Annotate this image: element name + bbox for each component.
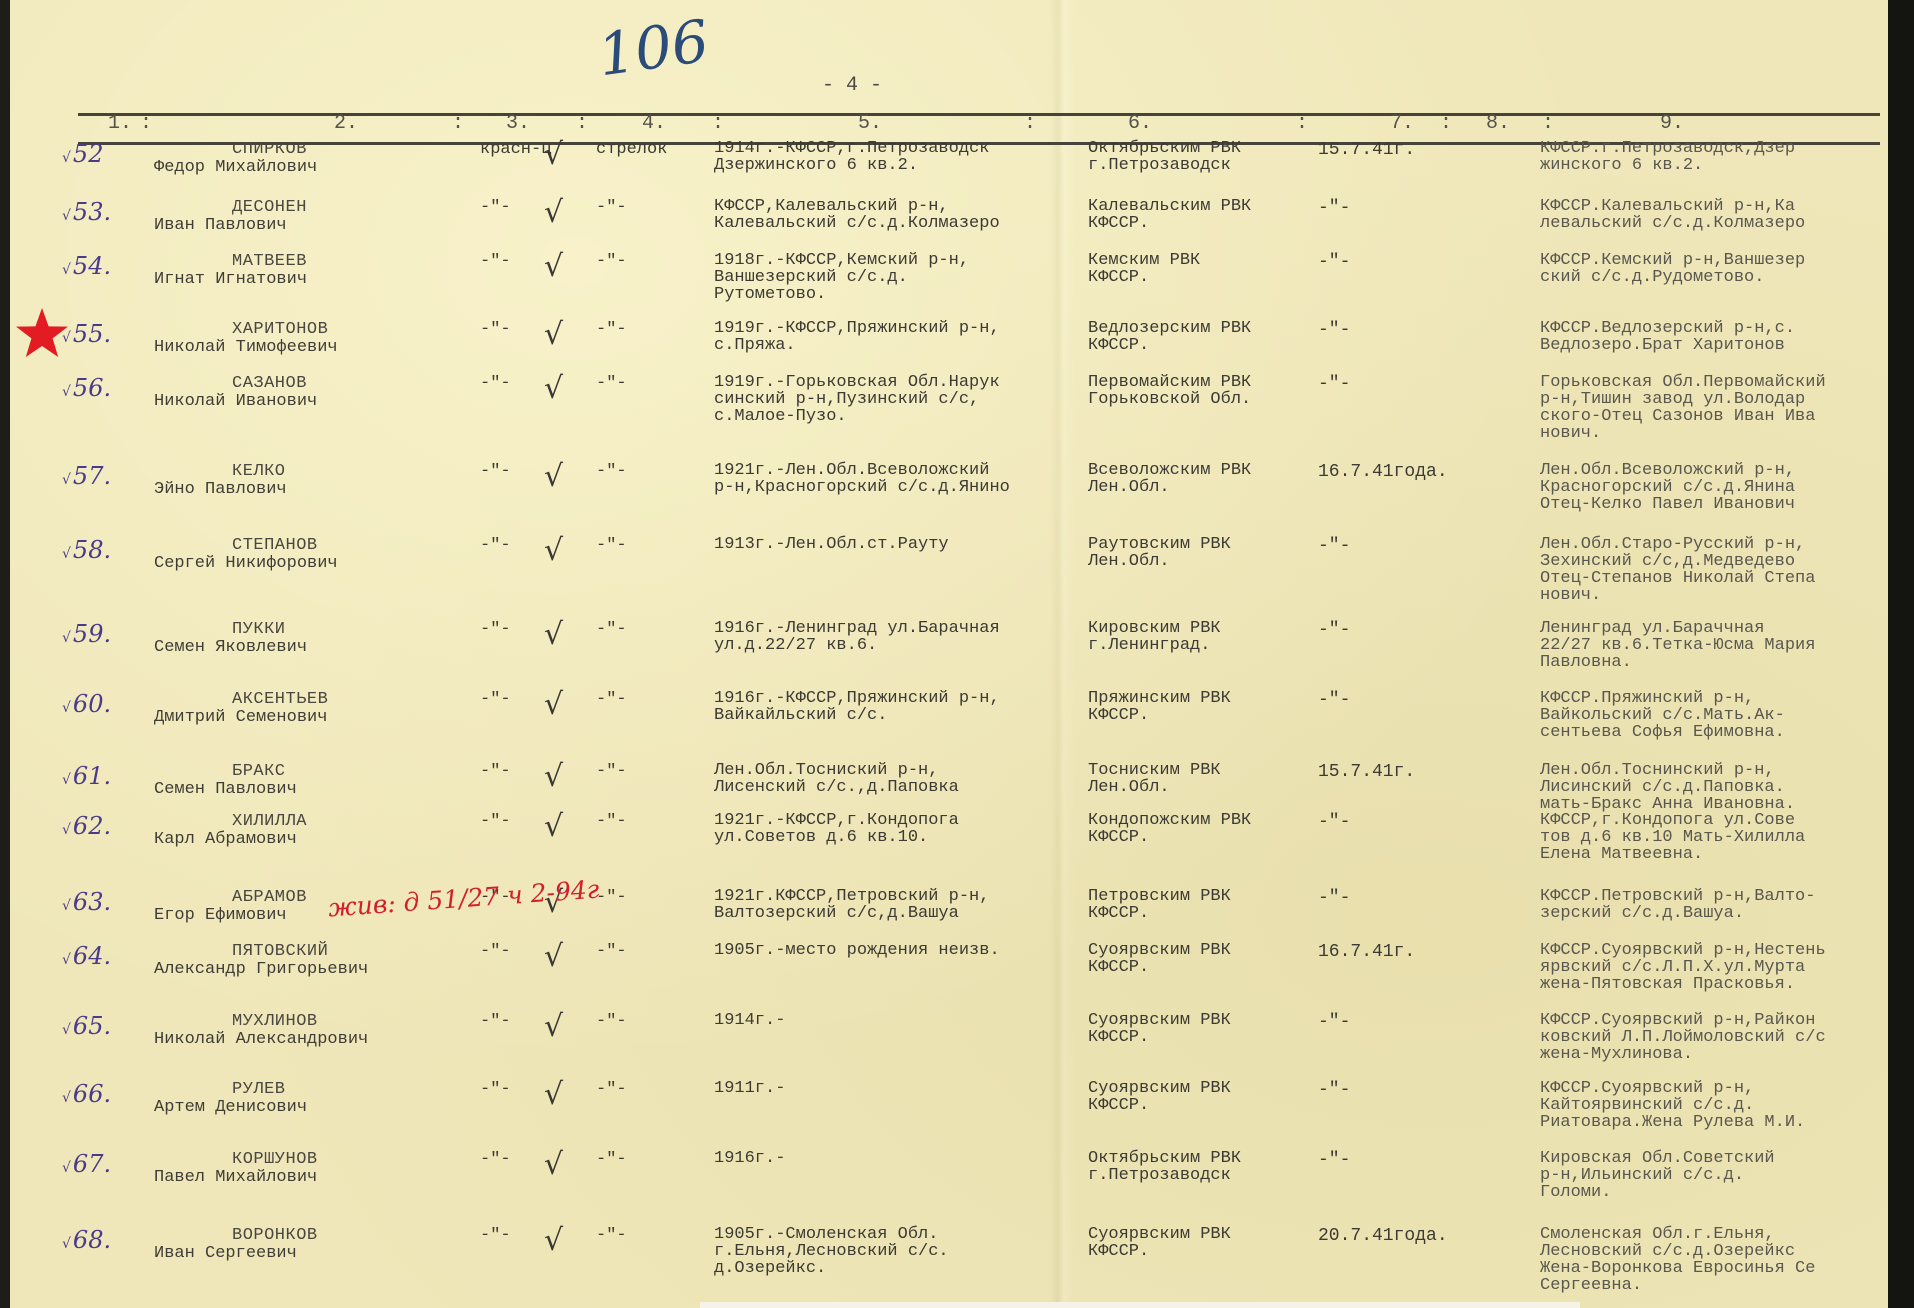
address-cell: КФССР.Ведлозерский р-н,с. Ведлозеро.Брат… bbox=[1540, 320, 1890, 354]
rank-cell: -"- bbox=[480, 620, 511, 639]
birth-cell: 1914г.- bbox=[714, 1012, 1074, 1029]
role-cell: стрелок bbox=[596, 140, 667, 159]
typed-page-number: - 4 - bbox=[822, 74, 882, 97]
role-cell: -"- bbox=[596, 536, 627, 555]
given-name: Иван Павлович bbox=[154, 216, 287, 235]
address-cell: КФССР.Пряжинский р-н, Вайкольский с/с.Ма… bbox=[1540, 690, 1890, 741]
check-tick-icon: √ bbox=[62, 898, 71, 914]
role-cell: -"- bbox=[596, 690, 627, 709]
col-header-2: 2. bbox=[334, 112, 358, 135]
address-cell: Смоленская Обл.г.Ельня, Лесновский с/с.д… bbox=[1540, 1226, 1890, 1294]
row-number: √60. bbox=[62, 690, 111, 718]
rank-cell: красн-ц bbox=[480, 140, 551, 159]
role-cell: -"- bbox=[596, 812, 627, 831]
given-name: Павел Михайлович bbox=[154, 1168, 317, 1187]
role-cell: -"- bbox=[596, 252, 627, 271]
rvk-cell: Кемским РВК КФССР. bbox=[1088, 252, 1308, 286]
scan-right-edge bbox=[1888, 0, 1914, 1308]
birth-cell: 1914г.-КФССР,г.Петрозаводск Дзержинского… bbox=[714, 140, 1074, 174]
row-number: √53. bbox=[62, 198, 111, 226]
col-sep: : bbox=[1440, 112, 1452, 135]
checkmark-icon: √ bbox=[544, 140, 563, 170]
handwritten-page-number: 106 bbox=[594, 7, 713, 90]
role-cell: -"- bbox=[596, 942, 627, 961]
checkmark-icon: √ bbox=[544, 462, 563, 492]
col-header-9: 9. bbox=[1660, 112, 1684, 135]
date-cell: -"- bbox=[1318, 198, 1350, 218]
given-name: Сергей Никифорович bbox=[154, 554, 338, 573]
address-cell: КФССР.Суоярвский р-н,Райкон ковский Л.П.… bbox=[1540, 1012, 1890, 1063]
checkmark-icon: √ bbox=[544, 1012, 563, 1042]
row-number: √54. bbox=[62, 252, 111, 280]
surname: ХИЛИЛЛА bbox=[232, 812, 307, 831]
date-cell: 20.7.41года. bbox=[1318, 1226, 1448, 1246]
checkmark-icon: √ bbox=[544, 252, 563, 282]
row-number: √66. bbox=[62, 1080, 111, 1108]
check-tick-icon: √ bbox=[62, 330, 71, 346]
surname: ПЯТОВСКИЙ bbox=[232, 942, 328, 961]
date-cell: 16.7.41года. bbox=[1318, 462, 1448, 482]
surname: БРАКС bbox=[232, 762, 286, 781]
row-number: √61. bbox=[62, 762, 111, 790]
role-cell: -"- bbox=[596, 462, 627, 481]
date-cell: -"- bbox=[1318, 320, 1350, 340]
rvk-cell: Раутовским РВК Лен.Обл. bbox=[1088, 536, 1308, 570]
rvk-cell: Кондопожским РВК КФССР. bbox=[1088, 812, 1308, 846]
row-number: √58. bbox=[62, 536, 111, 564]
date-cell: -"- bbox=[1318, 812, 1350, 832]
check-tick-icon: √ bbox=[62, 546, 71, 562]
birth-cell: 1921г.-КФССР,г.Кондопога ул.Советов д.6 … bbox=[714, 812, 1074, 846]
birth-cell: 1919г.-Горьковская Обл.Нарук синский р-н… bbox=[714, 374, 1074, 425]
address-cell: КФССР.Кемский р-н,Ваншезер ский с/с.д.Ру… bbox=[1540, 252, 1890, 286]
col-sep: : bbox=[1024, 112, 1036, 135]
col-header-3: 3. bbox=[506, 112, 530, 135]
birth-cell: 1905г.-место рождения неизв. bbox=[714, 942, 1074, 959]
check-tick-icon: √ bbox=[62, 472, 71, 488]
rank-cell: -"- bbox=[480, 320, 511, 339]
birth-cell: 1905г.-Смоленская Обл. г.Ельня,Лесновски… bbox=[714, 1226, 1074, 1277]
given-name: Дмитрий Семенович bbox=[154, 708, 327, 727]
rvk-cell: Суоярвским РВК КФССР. bbox=[1088, 942, 1308, 976]
given-name: Николай Тимофеевич bbox=[154, 338, 338, 357]
role-cell: -"- bbox=[596, 1226, 627, 1245]
role-cell: -"- bbox=[596, 762, 627, 781]
col-header-5: 5. bbox=[858, 112, 882, 135]
check-tick-icon: √ bbox=[62, 1236, 71, 1252]
rank-cell: -"- bbox=[480, 1080, 511, 1099]
given-name: Карл Абрамович bbox=[154, 830, 297, 849]
check-tick-icon: √ bbox=[62, 630, 71, 646]
date-cell: -"- bbox=[1318, 888, 1350, 908]
row-number: √57. bbox=[62, 462, 111, 490]
checkmark-icon: √ bbox=[544, 374, 563, 404]
birth-cell: Лен.Обл.Тосниский р-н, Лисенский с/с.,д.… bbox=[714, 762, 1074, 796]
rank-cell: -"- bbox=[480, 1012, 511, 1031]
rank-cell: -"- bbox=[480, 1226, 511, 1245]
date-cell: -"- bbox=[1318, 620, 1350, 640]
checkmark-icon: √ bbox=[544, 620, 563, 650]
address-cell: КФССР.Суоярвский р-н,Нестень ярвский с/с… bbox=[1540, 942, 1890, 993]
given-name: Иван Сергеевич bbox=[154, 1244, 297, 1263]
check-tick-icon: √ bbox=[62, 150, 71, 166]
address-cell: Ленинград ул.Бараччная 22/27 кв.6.Тетка-… bbox=[1540, 620, 1890, 671]
address-cell: КФССР.Суоярвский р-н, Кайтоярвинский с/с… bbox=[1540, 1080, 1890, 1131]
rvk-cell: Первомайским РВК Горьковской Обл. bbox=[1088, 374, 1308, 408]
role-cell: -"- bbox=[596, 1080, 627, 1099]
row-number: √59. bbox=[62, 620, 111, 648]
rvk-cell: Калевальским РВК КФССР. bbox=[1088, 198, 1308, 232]
col-header-7: 7. bbox=[1390, 112, 1414, 135]
checkmark-icon: √ bbox=[544, 690, 563, 720]
rank-cell: -"- bbox=[480, 762, 511, 781]
role-cell: -"- bbox=[596, 888, 627, 907]
check-tick-icon: √ bbox=[62, 772, 71, 788]
date-cell: -"- bbox=[1318, 374, 1350, 394]
row-number: √63. bbox=[62, 888, 111, 916]
checkmark-icon: √ bbox=[544, 320, 563, 350]
row-number: √65. bbox=[62, 1012, 111, 1040]
rank-cell: -"- bbox=[480, 374, 511, 393]
date-cell: 15.7.41г. bbox=[1318, 140, 1415, 160]
row-number: √68. bbox=[62, 1226, 111, 1254]
rank-cell: -"- bbox=[480, 462, 511, 481]
checkmark-icon: √ bbox=[544, 1150, 563, 1180]
row-number: √67. bbox=[62, 1150, 111, 1178]
rank-cell: -"- bbox=[480, 690, 511, 709]
role-cell: -"- bbox=[596, 1012, 627, 1031]
checkmark-icon: √ bbox=[544, 762, 563, 792]
rvk-cell: Всеволожским РВК Лен.Обл. bbox=[1088, 462, 1308, 496]
rank-cell: -"- bbox=[480, 1150, 511, 1169]
rank-cell: -"- bbox=[480, 252, 511, 271]
role-cell: -"- bbox=[596, 620, 627, 639]
rvk-cell: Суоярвским РВК КФССР. bbox=[1088, 1226, 1308, 1260]
given-name: Николай Иванович bbox=[154, 392, 317, 411]
col-sep: : bbox=[576, 112, 588, 135]
col-sep: : bbox=[712, 112, 724, 135]
col-header-8: 8. bbox=[1486, 112, 1510, 135]
checkmark-icon: √ bbox=[544, 1226, 563, 1256]
birth-cell: 1918г.-КФССР,Кемский р-н, Ваншезерский с… bbox=[714, 252, 1074, 303]
address-cell: Горьковская Обл.Первомайский р-н,Тишин з… bbox=[1540, 374, 1890, 442]
date-cell: -"- bbox=[1318, 1080, 1350, 1100]
check-tick-icon: √ bbox=[62, 384, 71, 400]
birth-cell: КФССР,Калевальский р-н, Калевальский с/с… bbox=[714, 198, 1074, 232]
row-number: √55. bbox=[62, 320, 111, 348]
row-number: √62. bbox=[62, 812, 111, 840]
address-cell: Лен.Обл.Старо-Русский р-н, Зехинский с/с… bbox=[1540, 536, 1890, 604]
address-cell: Лен.Обл.Всеволожский р-н, Красногорский … bbox=[1540, 462, 1890, 513]
surname: ВОРОНКОВ bbox=[232, 1226, 318, 1245]
date-cell: 15.7.41г. bbox=[1318, 762, 1415, 782]
surname: ХАРИТОНОВ bbox=[232, 320, 328, 339]
check-tick-icon: √ bbox=[62, 952, 71, 968]
birth-cell: 1916г.-Ленинград ул.Барачная ул.д.22/27 … bbox=[714, 620, 1074, 654]
given-name: Семен Павлович bbox=[154, 780, 297, 799]
rvk-cell: Петровским РВК КФССР. bbox=[1088, 888, 1308, 922]
col-sep: : bbox=[1542, 112, 1554, 135]
given-name: Эйно Павлович bbox=[154, 480, 287, 499]
surname: КОРШУНОВ bbox=[232, 1150, 318, 1169]
col-header-4: 4. bbox=[642, 112, 666, 135]
birth-cell: 1916г.- bbox=[714, 1150, 1074, 1167]
rvk-cell: Суоярвским РВК КФССР. bbox=[1088, 1012, 1308, 1046]
rvk-cell: Кировским РВК г.Ленинград. bbox=[1088, 620, 1308, 654]
surname: КЕЛКО bbox=[232, 462, 286, 481]
given-name: Александр Григорьевич bbox=[154, 960, 368, 979]
col-sep: : bbox=[1296, 112, 1308, 135]
birth-cell: 1911г.- bbox=[714, 1080, 1074, 1097]
given-name: Игнат Игнатович bbox=[154, 270, 307, 289]
rank-cell: -"- bbox=[480, 536, 511, 555]
role-cell: -"- bbox=[596, 1150, 627, 1169]
surname: МАТВЕЕВ bbox=[232, 252, 307, 271]
rank-cell: -"- bbox=[480, 198, 511, 217]
surname: РУЛЕВ bbox=[232, 1080, 286, 1099]
given-name: Артем Денисович bbox=[154, 1098, 307, 1117]
checkmark-icon: √ bbox=[544, 536, 563, 566]
rvk-cell: Тосниским РВК Лен.Обл. bbox=[1088, 762, 1308, 796]
birth-cell: 1921г.КФССР,Петровский р-н, Валтозерский… bbox=[714, 888, 1074, 922]
rvk-cell: Октябрьским РВК г.Петрозаводск bbox=[1088, 1150, 1308, 1184]
check-tick-icon: √ bbox=[62, 822, 71, 838]
address-cell: КФССР.г.Петрозаводск,Дзер жинского 6 кв.… bbox=[1540, 140, 1890, 174]
role-cell: -"- bbox=[596, 320, 627, 339]
role-cell: -"- bbox=[596, 198, 627, 217]
surname: МУХЛИНОВ bbox=[232, 1012, 318, 1031]
check-tick-icon: √ bbox=[62, 1160, 71, 1176]
address-cell: КФССР,г.Кондопога ул.Сове тов д.6 кв.10 … bbox=[1540, 812, 1890, 863]
rank-cell: -"- bbox=[480, 942, 511, 961]
surname: САЗАНОВ bbox=[232, 374, 307, 393]
surname: ПУККИ bbox=[232, 620, 286, 639]
address-cell: Лен.Обл.Тоснинский р-н, Лисинский с/с.д.… bbox=[1540, 762, 1890, 813]
role-cell: -"- bbox=[596, 374, 627, 393]
surname: ДЕСОНЕН bbox=[232, 198, 307, 217]
given-name: Федор Михайлович bbox=[154, 158, 317, 177]
address-cell: КФССР.Петровский р-н,Валто- зерский с/с.… bbox=[1540, 888, 1890, 922]
check-tick-icon: √ bbox=[62, 262, 71, 278]
given-name: Николай Александрович bbox=[154, 1030, 368, 1049]
rvk-cell: Октябрьским РВК г.Петрозаводск bbox=[1088, 140, 1308, 174]
check-tick-icon: √ bbox=[62, 208, 71, 224]
surname: АКСЕНТЬЕВ bbox=[232, 690, 328, 709]
col-sep: : bbox=[452, 112, 464, 135]
col-header-1: 1. bbox=[108, 112, 132, 135]
checkmark-icon: √ bbox=[544, 942, 563, 972]
checkmark-icon: √ bbox=[544, 812, 563, 842]
rvk-cell: Пряжинским РВК КФССР. bbox=[1088, 690, 1308, 724]
date-cell: -"- bbox=[1318, 690, 1350, 710]
given-name: Семен Яковлевич bbox=[154, 638, 307, 657]
address-cell: Кировская Обл.Советский р-н,Ильинский с/… bbox=[1540, 1150, 1890, 1201]
surname: АБРАМОВ bbox=[232, 888, 307, 907]
birth-cell: 1913г.-Лен.Обл.ст.Рауту bbox=[714, 536, 1074, 553]
birth-cell: 1916г.-КФССР,Пряжинский р-н, Вайкайльски… bbox=[714, 690, 1074, 724]
row-number: √52 bbox=[62, 140, 103, 168]
address-cell: КФССР.Калевальский р-н,Ка левальский с/с… bbox=[1540, 198, 1890, 232]
rank-cell: -"- bbox=[480, 812, 511, 831]
row-number: √56. bbox=[62, 374, 111, 402]
check-tick-icon: √ bbox=[62, 1090, 71, 1106]
checkmark-icon: √ bbox=[544, 198, 563, 228]
row-number: √64. bbox=[62, 942, 111, 970]
surname: СПИРКОВ bbox=[232, 140, 307, 159]
col-header-6: 6. bbox=[1128, 112, 1152, 135]
date-cell: -"- bbox=[1318, 536, 1350, 556]
date-cell: -"- bbox=[1318, 252, 1350, 272]
date-cell: 16.7.41г. bbox=[1318, 942, 1415, 962]
birth-cell: 1919г.-КФССР,Пряжинский р-н, с.Пряжа. bbox=[714, 320, 1074, 354]
rvk-cell: Ведлозерским РВК КФССР. bbox=[1088, 320, 1308, 354]
birth-cell: 1921г.-Лен.Обл.Всеволожский р-н,Красного… bbox=[714, 462, 1074, 496]
scan-left-edge bbox=[0, 0, 10, 1308]
date-cell: -"- bbox=[1318, 1012, 1350, 1032]
check-tick-icon: √ bbox=[62, 1022, 71, 1038]
check-tick-icon: √ bbox=[62, 700, 71, 716]
surname: СТЕПАНОВ bbox=[232, 536, 318, 555]
paper-fold bbox=[700, 1302, 1580, 1308]
checkmark-icon: √ bbox=[544, 1080, 563, 1110]
given-name: Егор Ефимович bbox=[154, 906, 287, 925]
col-sep: : bbox=[140, 112, 152, 135]
rvk-cell: Суоярвским РВК КФССР. bbox=[1088, 1080, 1308, 1114]
date-cell: -"- bbox=[1318, 1150, 1350, 1170]
